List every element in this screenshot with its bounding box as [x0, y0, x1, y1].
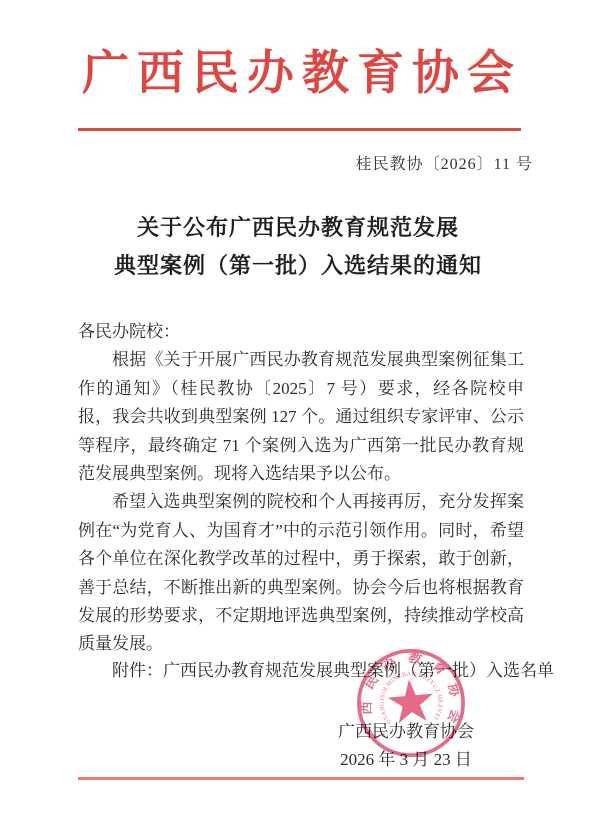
footer-divider	[78, 777, 524, 780]
letterhead-title: 广西民办教育协会	[0, 36, 596, 103]
document-title-line2: 典型案例（第一批）入选结果的通知	[0, 247, 596, 285]
document-number: 桂民教协〔2026〕11 号	[356, 151, 533, 174]
official-seal: 广西民办教育协会 GVANGJSIH MINZBAN HEZYUZ HEZVEI	[342, 634, 481, 773]
letterhead-divider	[78, 128, 521, 131]
body-paragraph-1: 根据《关于开展广西民办教育规范发展典型案例征集工作的通知》（桂民教协〔2025〕…	[78, 346, 524, 488]
salutation: 各民办院校：	[78, 318, 524, 346]
official-document-page: 广西民办教育协会 桂民教协〔2026〕11 号 关于公布广西民办教育规范发展 典…	[0, 0, 596, 834]
body-paragraph-2: 希望入选典型案例的院校和个人再接再厉，充分发挥案例在“为党育人、为国育才”中的示…	[78, 488, 524, 658]
document-body: 各民办院校： 根据《关于开展广西民办教育规范发展典型案例征集工作的通知》（桂民教…	[78, 318, 524, 659]
seal-star-icon	[386, 677, 435, 724]
document-title-line1: 关于公布广西民办教育规范发展	[0, 209, 596, 247]
document-title: 关于公布广西民办教育规范发展 典型案例（第一批）入选结果的通知	[0, 209, 596, 285]
